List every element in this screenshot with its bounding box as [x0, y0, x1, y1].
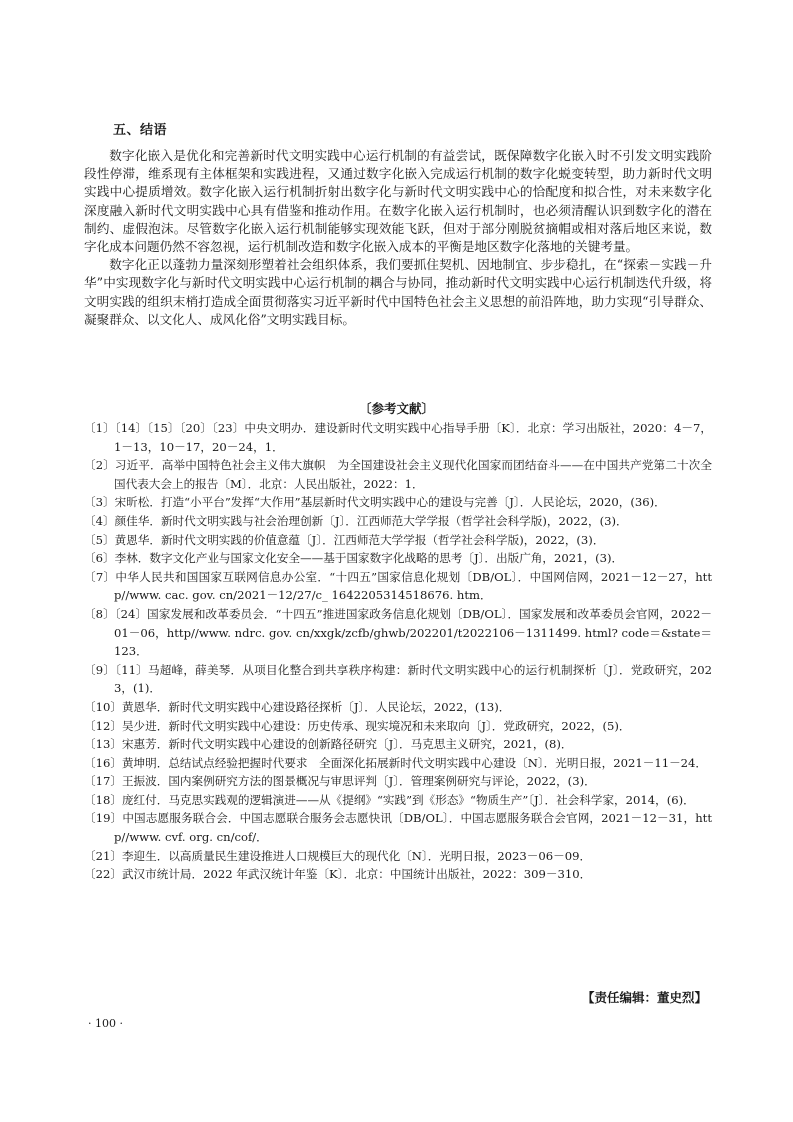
- reference-item: 〔17〕王振波．国内案例研究方法的图景概况与审思评判〔J〕．管理案例研究与评论，…: [84, 772, 712, 791]
- reference-item: 〔5〕黄恩华．新时代文明实践的价值意蕴〔J〕．江西师范大学学报（哲学社会科学版)…: [84, 531, 712, 550]
- reference-item: 〔19〕中国志愿服务联合会．中国志愿联合服务会志愿快讯〔DB/OL〕．中国志愿服…: [84, 809, 712, 846]
- reference-item: 〔16〕黄坤明．总结试点经验把握时代要求 全面深化拓展新时代文明实践中心建设〔N…: [84, 754, 712, 773]
- reference-item: 〔4〕颜佳华．新时代文明实践与社会治理创新〔J〕．江西师范大学学报（哲学社会科学…: [84, 512, 712, 531]
- page-number: · 100 ·: [88, 1017, 123, 1030]
- reference-item: 〔7〕中华人民共和国国家互联网信息办公室．“十四五”国家信息化规划〔DB/OL〕…: [84, 568, 712, 605]
- reference-item: 〔10〕黄恩华．新时代文明实践中心建设路径探析〔J〕．人民论坛，2022，(13…: [84, 698, 712, 717]
- section-heading: 五、结语: [113, 119, 167, 138]
- reference-item: 〔3〕宋昕松．打造“小平台”发挥“大作用”基层新时代文明实践中心的建设与完善〔J…: [84, 493, 712, 512]
- reference-item: 〔21〕李迎生．以高质量民生建设推进人口规模巨大的现代化〔N〕．光明日报，202…: [84, 847, 712, 866]
- reference-item: 〔12〕吴少进．新时代文明实践中心建设：历史传承、现实境况和未来取向〔J〕．党政…: [84, 717, 712, 736]
- reference-item: 〔8〕〔24〕国家发展和改革委员会．“十四五”推进国家政务信息化规划〔DB/OL…: [84, 605, 712, 661]
- conclusion-body: 数字化嵌入是优化和完善新时代文明实践中心运行机制的有益尝试，既保障数字化嵌入时不…: [84, 147, 712, 329]
- reference-item: 〔2〕习近平．高举中国特色社会主义伟大旗帜 为全国建设社会主义现代化国家而团结奋…: [84, 456, 712, 493]
- reference-item: 〔6〕李林．数字文化产业与国家文化安全——基于国家数字化战略的思考〔J〕．出版广…: [84, 549, 712, 568]
- references-list: 〔1〕〔14〕〔15〕〔20〕〔23〕中央文明办．建设新时代文明实践中心指导手册…: [84, 419, 712, 884]
- responsible-editor: 【责任编辑：董史烈】: [582, 988, 707, 1006]
- reference-item: 〔18〕庞红付．马克思实践观的逻辑演进——从《提纲》“实践”到《形态》“物质生产…: [84, 791, 712, 810]
- paragraph: 数字化嵌入是优化和完善新时代文明实践中心运行机制的有益尝试，既保障数字化嵌入时不…: [84, 147, 712, 256]
- references-heading: 〔参考文献〕: [0, 399, 793, 417]
- reference-item: 〔22〕武汉市统计局．2022 年武汉统计年鉴〔K〕．北京：中国统计出版社，20…: [84, 865, 712, 884]
- reference-item: 〔9〕〔11〕马超峰，薛美琴．从项目化整合到共享秩序构建：新时代文明实践中心的运…: [84, 661, 712, 698]
- reference-item: 〔13〕宋惠芳．新时代文明实践中心建设的创新路径研究〔J〕．马克思主义研究，20…: [84, 735, 712, 754]
- reference-item: 〔1〕〔14〕〔15〕〔20〕〔23〕中央文明办．建设新时代文明实践中心指导手册…: [84, 419, 712, 456]
- paragraph: 数字化正以蓬勃力量深刻形塑着社会组织体系，我们要抓住契机、因地制宜、步步稳扎，在…: [84, 256, 712, 329]
